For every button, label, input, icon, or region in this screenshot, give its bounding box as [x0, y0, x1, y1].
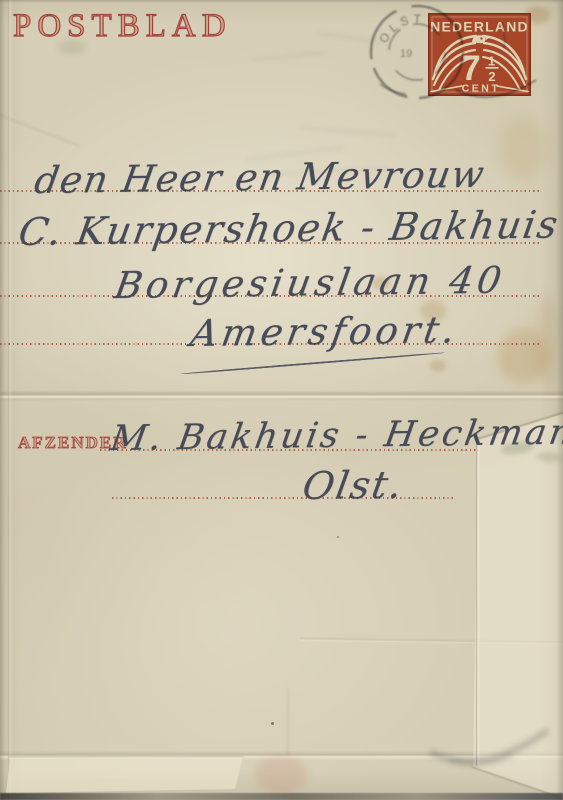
postmark-date: 19: [400, 48, 412, 60]
postmark-smudge: [502, 22, 505, 48]
sender-handwriting-line-1: M. Bakhuis - Heckman: [108, 416, 563, 457]
scan-edge-bottom: [0, 793, 563, 800]
sender-handwriting-line-2: Olst.: [300, 466, 407, 505]
crease-vertical-left: [8, 0, 12, 800]
address-handwriting-line-1: den Heer en Mevrouw: [32, 156, 488, 199]
postmark-town-label: OLST: [376, 12, 425, 46]
paper-edge-left: [0, 0, 5, 800]
ink-showthrough: [252, 52, 324, 61]
smudge-bottom-right: [420, 712, 560, 778]
postblad-title: POSTBLAD: [13, 10, 232, 43]
postblad-scan: POSTBLAD NEDERLAND 7 1 2 CENT: [0, 0, 563, 800]
ink-smudge-red: [255, 755, 307, 795]
crease-vertical-center: [287, 688, 290, 754]
crease-diagonal: [0, 112, 80, 147]
paper-edge-top: [0, 0, 563, 3]
sender-rule-2: [112, 497, 454, 499]
paper-stain: [500, 118, 546, 180]
crease-horizontal-main: [0, 390, 563, 401]
paper-speck: [271, 722, 274, 725]
smudge-arc: [430, 730, 548, 761]
paper-edge-right: [556, 0, 563, 800]
address-handwriting-line-4: Amersfoort.: [188, 311, 462, 352]
address-handwriting-line-3: Borgesiuslaan 40: [112, 262, 508, 304]
postmark-second-arc: [456, 80, 536, 97]
address-handwriting-line-2: C. Kurpershoek - Bakhuis: [16, 205, 562, 251]
postmark: OLST 19: [352, 0, 557, 118]
ink-showthrough: [300, 126, 395, 137]
strip-fold-line: [8, 756, 244, 757]
handwriting-underline-flourish: [180, 352, 445, 375]
paper-speck: [337, 536, 339, 538]
paper-stain: [430, 360, 446, 372]
